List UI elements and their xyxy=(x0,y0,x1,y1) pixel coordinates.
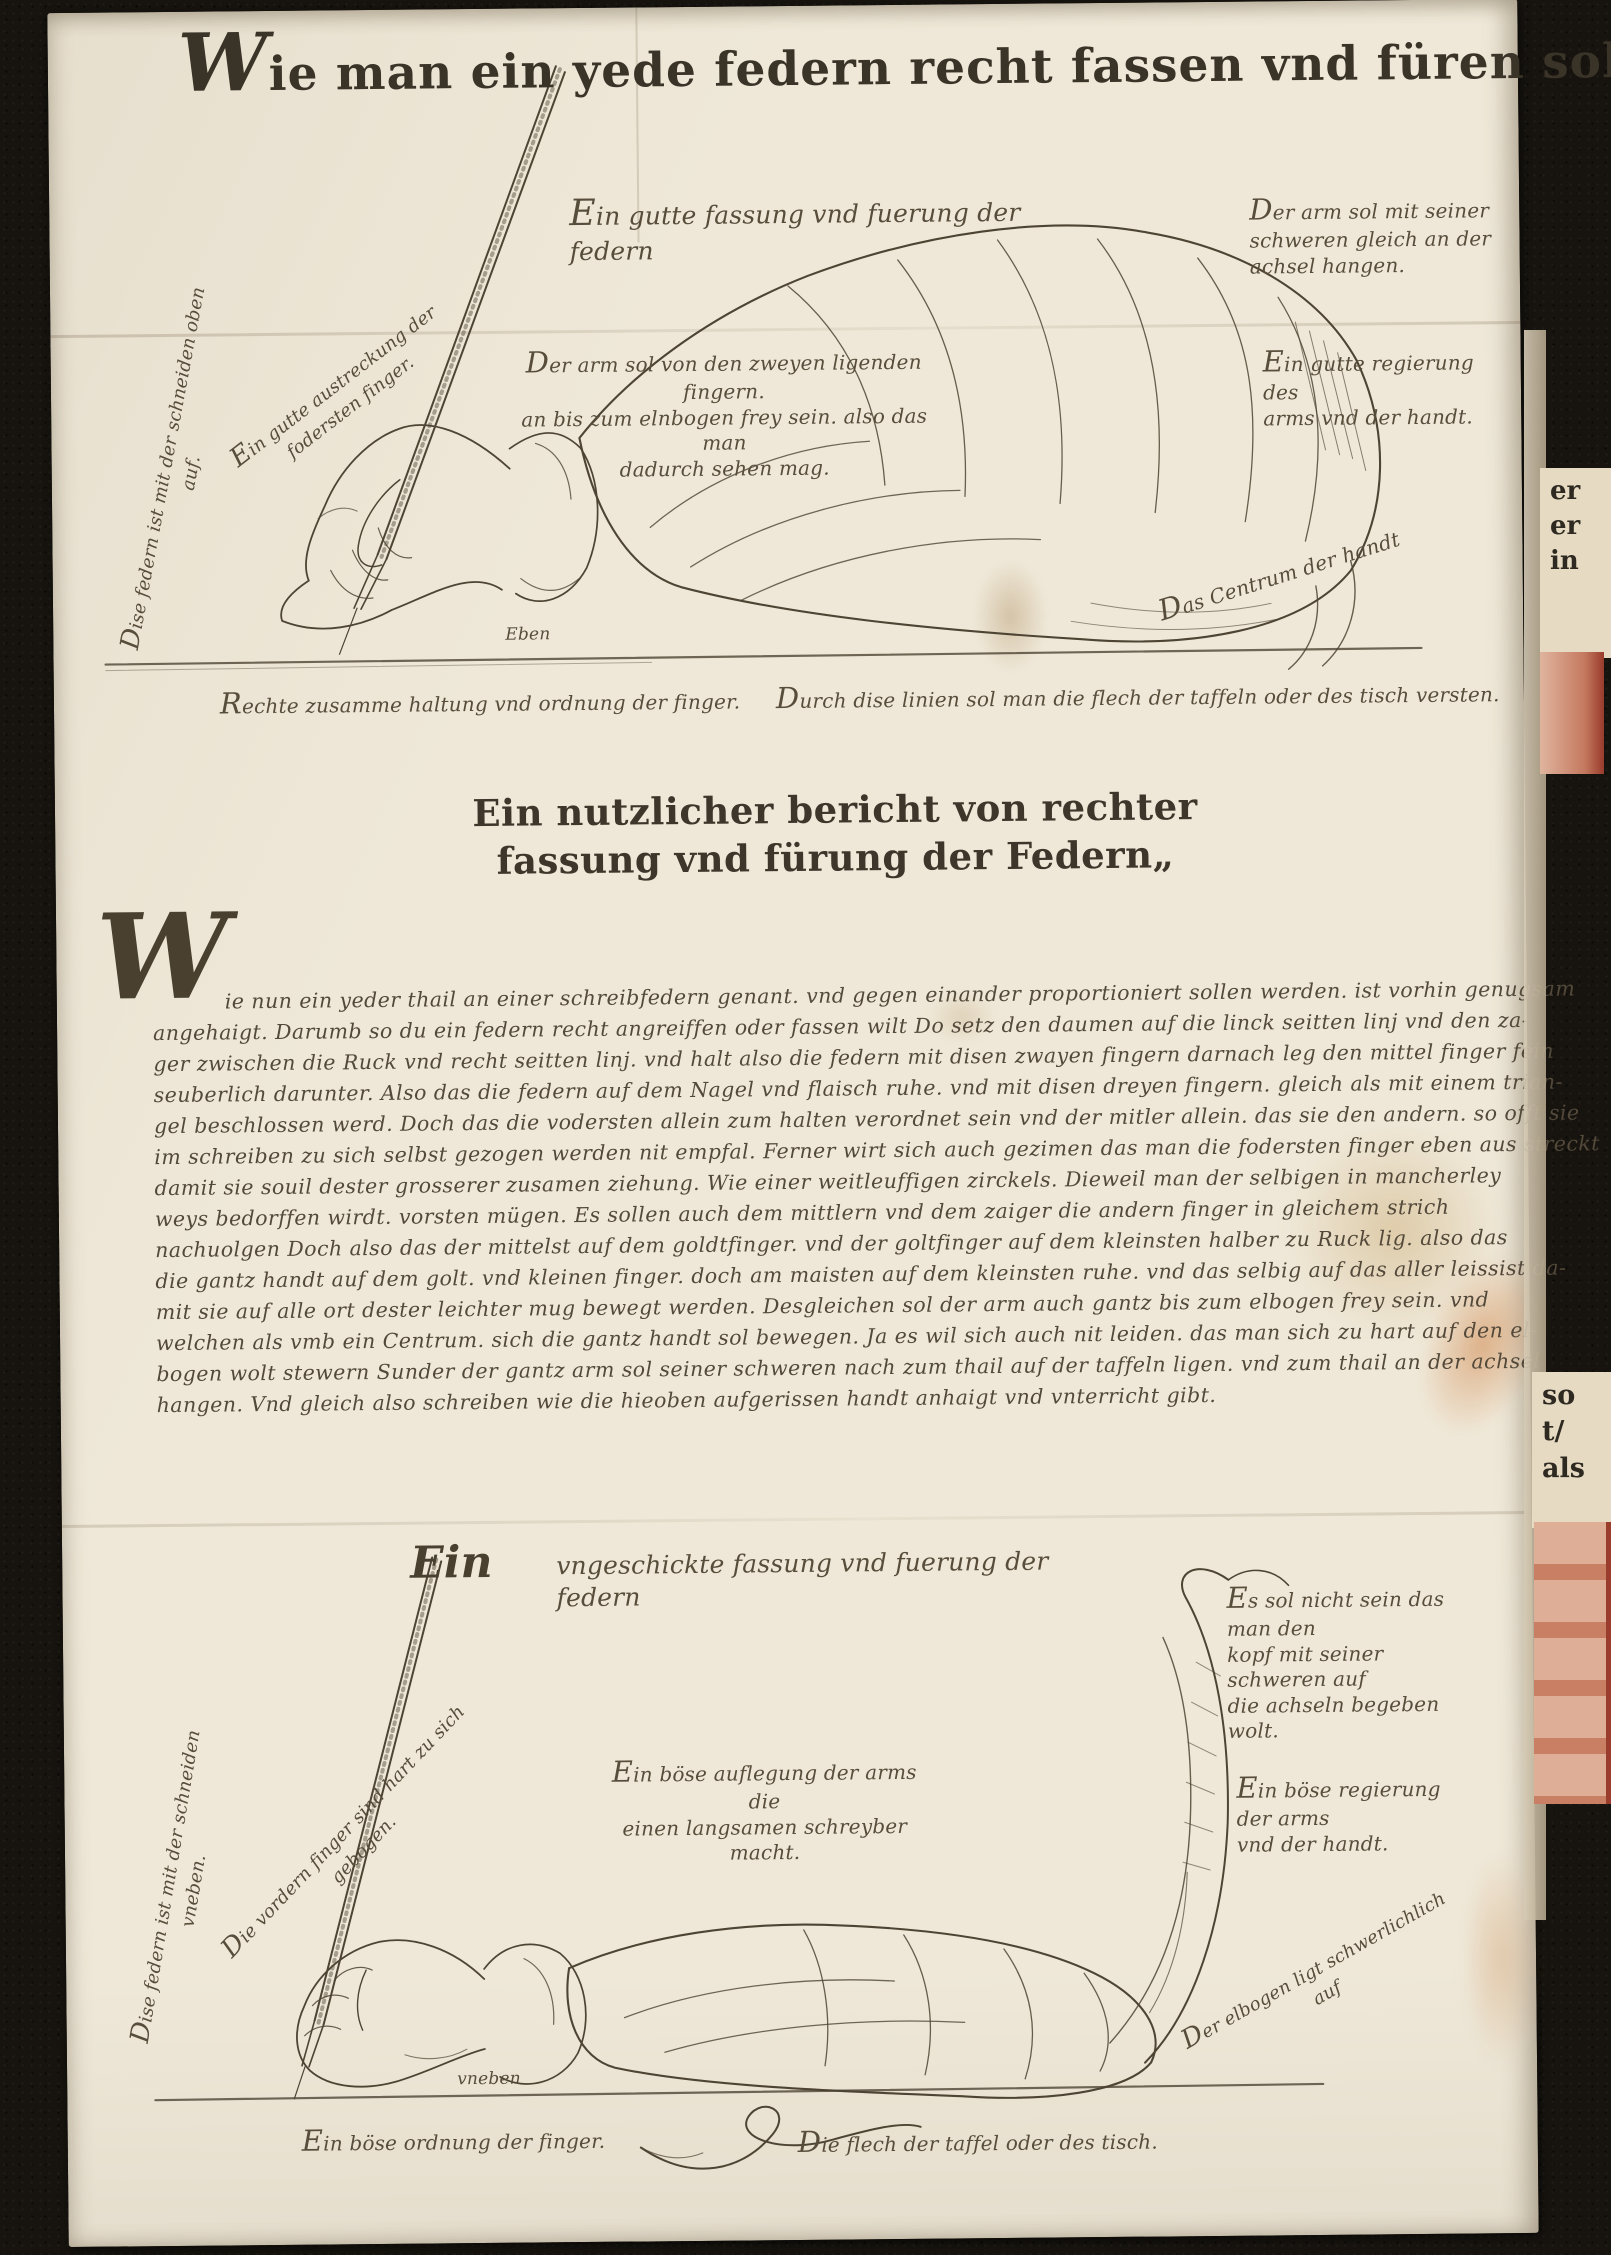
treatise-line: mit sie auf alle ort dester leichter mug… xyxy=(156,1289,1490,1322)
treatise-line: weys bedorffen wirdt. vorsten mügen. Es … xyxy=(155,1197,1450,1230)
treatise-line: gel beschlossen werd. Doch das die voder… xyxy=(154,1102,1580,1136)
note-vneben: vneben xyxy=(457,2069,521,2091)
treatise-line: nachuolgen Doch also das der mittelst au… xyxy=(155,1227,1508,1260)
treatise-line: damit sie souil dester grosserer zusamen… xyxy=(154,1165,1501,1198)
photographed-manuscript-page: { "colors": { "ink": "#4a4136", "paper":… xyxy=(0,0,1611,2255)
treatise-line: die gantz handt auf dem golt. vnd kleine… xyxy=(155,1258,1566,1292)
manuscript-paper-sheet: Wie man ein yede federn recht fassen vnd… xyxy=(47,0,1538,2247)
treatise-line: hangen. Vnd gleich also schreiben wie di… xyxy=(157,1385,1217,1416)
sleeve-arm-drawing xyxy=(567,1921,1156,2102)
note-finger-order: Rechte zusamme haltung vnd ordnung der f… xyxy=(220,680,741,722)
note-eben: Eben xyxy=(505,624,550,646)
title-initial: W xyxy=(177,15,269,110)
caption-bad-grip: vngeschickte fassung vnd fuerung der fed… xyxy=(556,1545,1097,1614)
treatise-line: im schreiben zu sich selbst gezogen werd… xyxy=(154,1133,1600,1167)
treatise-line: ger zwischen die Ruck vnd recht seitten … xyxy=(153,1041,1554,1075)
note-good-control: Ein gutte regierung des arms vnd der han… xyxy=(1263,341,1504,432)
adjacent-page-text-fragment: er er in xyxy=(1540,468,1611,658)
horizontal-fold-crease xyxy=(62,1511,1532,1528)
note-head-shoulder: Es sol nicht sein das man den kopf mit s… xyxy=(1226,1577,1488,1745)
book-fore-edge-red xyxy=(1534,1522,1611,1804)
treatise-line: welchen als vmb ein Centrum. sich die ga… xyxy=(156,1320,1537,1354)
treatise-line: seuberlich darunter. Also das die federn… xyxy=(154,1072,1563,1106)
treatise-heading: Ein nutzlicher bericht von rechter fassu… xyxy=(385,781,1286,886)
treatise-line: angehaigt. Darumb so du ein federn recht… xyxy=(153,1010,1529,1044)
treatise-line: bogen wolt stewern Sunder der gantz arm … xyxy=(156,1351,1540,1385)
note-table-line: Durch dise linien sol man die flech der … xyxy=(776,673,1500,717)
page-title: Wie man ein yede federn recht fassen vnd… xyxy=(178,38,1188,103)
writing-hand-drawing xyxy=(279,424,511,629)
caption-bad-initial: Ein xyxy=(410,1537,493,1589)
caption-good-grip: Ein gutte fassung vnd fuerung der federn xyxy=(569,185,1090,268)
treatise-line: ie nun ein yeder thail an einer schreibf… xyxy=(225,978,1576,1011)
cuff-drawing xyxy=(484,1944,587,2084)
adjacent-page-text-fragment: so t/ als xyxy=(1532,1372,1611,1528)
note-bad-control: Ein böse regierung der arms vnd der hand… xyxy=(1236,1767,1477,1858)
note-bad-arm: Ein böse auflegung der arms die einen la… xyxy=(594,1751,935,1868)
table-line-drawing xyxy=(106,648,1422,665)
note-table: Die flech der taffel oder des tisch. xyxy=(798,2121,1158,2162)
note-arm-shoulder: Der arm sol mit seiner schweren gleich a… xyxy=(1249,189,1495,280)
note-arm-free: Der arm sol von den zweyen ligenden fing… xyxy=(499,340,950,484)
note-bad-fingers: Ein böse ordnung der finger. xyxy=(302,2120,606,2160)
clenched-hand-drawing xyxy=(296,1939,485,2087)
treatise-initial: W xyxy=(96,897,230,1016)
book-fore-edge-red xyxy=(1540,652,1604,774)
